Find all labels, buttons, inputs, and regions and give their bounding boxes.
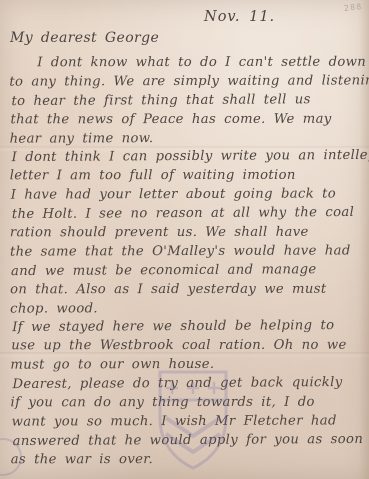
letter-line: and we must be economical and manage [11,261,363,282]
letter-line: I dont know what to do I can't settle do… [9,54,362,74]
letter-line: to hear the first thing that shall tell … [11,91,362,112]
letter-line: answered that he would apply for you as … [13,431,364,452]
letter-line: I have had your letter about going back … [11,186,363,206]
letter-line: Dearest, please do try and get back quic… [12,374,363,395]
letter-line: must go to our own house. [10,356,363,376]
letter-line: use up the Westbrook coal ration. Oh no … [11,337,363,357]
letter-line: ration should prevent us. We shall have [10,224,363,244]
letter-line: as the war is over. [11,450,364,470]
letter-line: if you can do any thing towards it, I do [10,394,363,414]
letter-line: letter I am too full of waiting imotion [10,167,363,187]
letter-line: the Holt. I see no reason at all why the… [12,204,363,225]
letter-line: chop. wood. [10,299,363,319]
letter-line: on that. Also as I said yesterday we mus… [10,280,363,300]
letter-line: hear any time now. [10,129,363,149]
letter-line: the same that the O'Malley's would have … [10,242,363,262]
letter-line: that the news of Peace has come. We may [10,110,362,130]
letter-date: Nov. 11. [204,9,275,25]
letter-page: 288 Nov. 11. My dearest George I dont kn… [0,0,369,479]
letter-line: want you so much. I wish Mr Fletcher had [12,412,364,432]
letter-body: I dont know what to do I can't settle do… [9,53,363,470]
letter-line: If we stayed here we should be helping t… [12,317,363,338]
letter-line: I dont think I can possibly write you an… [12,147,363,168]
letter-salutation: My dearest George [10,30,159,46]
letter-line: to any thing. We are simply waiting and … [9,72,362,92]
corner-pencil-mark: 288 [343,2,362,13]
